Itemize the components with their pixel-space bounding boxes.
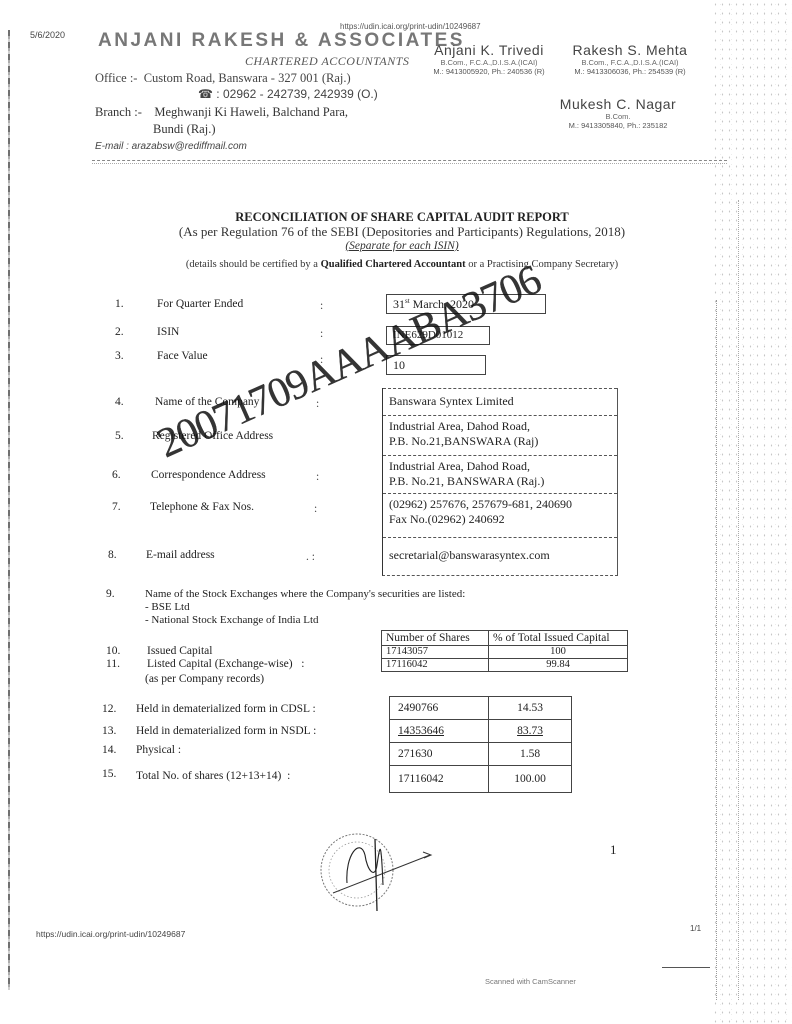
table-row: 17116042 100.00 bbox=[390, 766, 572, 793]
office-address: Office :- Custom Road, Banswara - 327 00… bbox=[95, 70, 378, 102]
partner-card: Rakesh S. Mehta B.Com., F.C.A.,D.I.S.A.(… bbox=[560, 42, 700, 76]
colon: . : bbox=[306, 551, 315, 563]
stock-exchanges: Name of the Stock Exchanges where the Co… bbox=[145, 588, 465, 627]
shares-cell: 271630 bbox=[390, 743, 489, 766]
note-text: or a bbox=[466, 259, 487, 270]
item-number: 6. bbox=[112, 469, 121, 481]
colon: : bbox=[320, 328, 323, 340]
partner-card: Mukesh C. Nagar B.Com. M.: 9413305840, P… bbox=[548, 96, 688, 130]
header-divider bbox=[92, 160, 727, 164]
table-row: 2490766 14.53 bbox=[390, 697, 572, 720]
shareholding-table: 2490766 14.53 14353646 83.73 271630 1.58… bbox=[389, 696, 572, 793]
footer-url: https://udin.icai.org/print-udin/1024968… bbox=[36, 929, 185, 939]
percent-cell: 83.73 bbox=[489, 720, 572, 743]
branch-label: Branch :- bbox=[95, 105, 142, 119]
item-number: 12. bbox=[102, 703, 116, 715]
percent-cell: 100 bbox=[489, 646, 628, 659]
scanner-credit: Scanned with CamScanner bbox=[485, 977, 576, 986]
firm-name: ANJANI RAKESH & ASSOCIATES bbox=[98, 30, 465, 52]
item-number: 13. bbox=[102, 725, 116, 737]
item-number: 5. bbox=[115, 430, 124, 442]
table-header-row: Number of Shares % of Total Issued Capit… bbox=[382, 631, 628, 646]
item-number: 7. bbox=[112, 501, 121, 513]
item-label: Correspondence Address bbox=[151, 469, 266, 481]
scan-edge bbox=[8, 30, 10, 990]
item-label: Held in dematerialized form in NSDL : bbox=[136, 725, 316, 737]
item-number: 9. bbox=[106, 588, 115, 600]
item-label: Physical : bbox=[136, 744, 181, 756]
note-bold: Qualified Chartered Accountant bbox=[321, 259, 466, 270]
branch-line-1: Meghwanji Ki Haweli, Balchand Para, bbox=[154, 105, 348, 119]
capital-table: Number of Shares % of Total Issued Capit… bbox=[381, 630, 628, 672]
percent-cell: 1.58 bbox=[489, 743, 572, 766]
note-text: (details should be certified by a bbox=[186, 259, 321, 270]
exchange-item: - National Stock Exchange of India Ltd bbox=[145, 614, 465, 627]
phone-line: (02962) 257676, 257679-681, 240690 bbox=[389, 497, 611, 512]
partner-qualification: B.Com. bbox=[548, 112, 688, 121]
shares-cell: 2490766 bbox=[390, 697, 489, 720]
percent-cell: 99.84 bbox=[489, 659, 628, 672]
colon: : bbox=[320, 300, 323, 312]
item-number: 1. bbox=[115, 298, 124, 310]
value-day: 31 bbox=[393, 297, 405, 311]
table-row: 17143057 100 bbox=[382, 646, 628, 659]
print-date: 5/6/2020 bbox=[30, 30, 65, 40]
partner-qualification: B.Com., F.C.A.,D.I.S.A.(ICAI) bbox=[560, 58, 700, 67]
shares-cell: 17116042 bbox=[382, 659, 489, 672]
item-number: 14. bbox=[102, 744, 116, 756]
firm-subtitle: CHARTERED ACCOUNTANTS bbox=[245, 54, 409, 69]
partner-contact: M.: 9413005920, Ph.: 240536 (R) bbox=[414, 67, 564, 76]
item-label: Total No. of shares (12+13+14) : bbox=[136, 770, 290, 782]
item-number: 8. bbox=[108, 549, 117, 561]
partner-name: Anjani K. Trivedi bbox=[414, 42, 564, 58]
note-text: ) bbox=[615, 259, 619, 270]
telephone-icon: ☎ bbox=[198, 87, 213, 101]
colon: : bbox=[316, 471, 319, 483]
certification-note: (details should be certified by a Qualif… bbox=[92, 259, 712, 270]
partner-contact: M.: 9413306036, Ph.: 254539 (R) bbox=[560, 67, 700, 76]
header-cell: % of Total Issued Capital bbox=[489, 631, 628, 646]
address-line: Industrial Area, Dahod Road, bbox=[389, 419, 611, 434]
item-number: 10. bbox=[106, 645, 120, 657]
colon: : bbox=[314, 503, 317, 515]
header-cell: Number of Shares bbox=[382, 631, 489, 646]
separate-note: (Separate for each ISIN) bbox=[92, 240, 712, 252]
exchange-item: - BSE Ltd bbox=[145, 601, 465, 614]
item-label: E-mail address bbox=[146, 549, 215, 561]
report-title: RECONCILIATION OF SHARE CAPITAL AUDIT RE… bbox=[92, 210, 712, 225]
item-label: Issued Capital bbox=[147, 645, 212, 657]
shares-cell: 17116042 bbox=[390, 766, 489, 793]
correspondence-address-value: Industrial Area, Dahod Road, P.B. No.21,… bbox=[383, 455, 617, 493]
scan-noise bbox=[712, 0, 792, 1024]
scan-line bbox=[716, 300, 718, 1000]
address-line: Industrial Area, Dahod Road, bbox=[389, 459, 611, 474]
partner-contact: M.: 9413305840, Ph.: 235182 bbox=[548, 121, 688, 130]
telephone-fax-value: (02962) 257676, 257679-681, 240690 Fax N… bbox=[383, 493, 617, 537]
item-label: Held in dematerialized form in CDSL : bbox=[136, 703, 316, 715]
item-number: 11. bbox=[106, 658, 120, 670]
company-name-value: Banswara Syntex Limited bbox=[383, 388, 617, 415]
table-row: 17116042 99.84 bbox=[382, 659, 628, 672]
company-details-box: Banswara Syntex Limited Industrial Area,… bbox=[382, 388, 618, 576]
page-number: 1 bbox=[610, 842, 617, 858]
item-label: Telephone & Fax Nos. bbox=[150, 501, 254, 513]
address-line: P.B. No.21, BANSWARA (Raj.) bbox=[389, 474, 611, 489]
email-value: secretarial@banswarasyntex.com bbox=[383, 537, 617, 574]
report-subtitle: (As per Regulation 76 of the SEBI (Depos… bbox=[92, 224, 712, 240]
item-label: For Quarter Ended bbox=[157, 298, 243, 310]
branch-line-2: Bundi (Raj.) bbox=[95, 121, 348, 138]
scan-line bbox=[738, 200, 740, 1000]
office-address-text: Custom Road, Banswara - 327 001 (Raj.) bbox=[144, 71, 351, 85]
percent-cell: 100.00 bbox=[489, 766, 572, 793]
office-label: Office :- bbox=[95, 71, 137, 85]
percent-cell: 14.53 bbox=[489, 697, 572, 720]
partner-name: Mukesh C. Nagar bbox=[548, 96, 688, 112]
address-line: P.B. No.21,BANSWARA (Raj) bbox=[389, 434, 611, 449]
item-label: Listed Capital (Exchange-wise) : bbox=[147, 658, 304, 670]
seal-stamp-icon bbox=[305, 825, 435, 915]
partner-card: Anjani K. Trivedi B.Com., F.C.A.,D.I.S.A… bbox=[414, 42, 564, 76]
shares-cell: 14353646 bbox=[390, 720, 489, 743]
table-row: 14353646 83.73 bbox=[390, 720, 572, 743]
item-label: Name of the Stock Exchanges where the Co… bbox=[145, 588, 465, 601]
item-sublabel: (as per Company records) bbox=[145, 673, 264, 685]
table-row: 271630 1.58 bbox=[390, 743, 572, 766]
fax-line: Fax No.(02962) 240692 bbox=[389, 512, 611, 527]
item-number: 2. bbox=[115, 326, 124, 338]
item-label: Face Value bbox=[157, 350, 208, 362]
footer-rule bbox=[662, 967, 710, 968]
shares-cell: 17143057 bbox=[382, 646, 489, 659]
firm-email: E-mail : arazabsw@rediffmail.com bbox=[95, 141, 247, 152]
partner-name: Rakesh S. Mehta bbox=[560, 42, 700, 58]
registered-address-value: Industrial Area, Dahod Road, P.B. No.21,… bbox=[383, 415, 617, 455]
item-number: 3. bbox=[115, 350, 124, 362]
page-of-count: 1/1 bbox=[690, 924, 701, 933]
item-number: 15. bbox=[102, 768, 116, 780]
partner-qualification: B.Com., F.C.A.,D.I.S.A.(ICAI) bbox=[414, 58, 564, 67]
office-phone: : 02962 - 242739, 242939 (O.) bbox=[216, 87, 377, 101]
item-label: ISIN bbox=[157, 326, 179, 338]
branch-address: Branch :- Meghwanji Ki Haweli, Balchand … bbox=[95, 104, 348, 138]
item-number: 4. bbox=[115, 396, 124, 408]
